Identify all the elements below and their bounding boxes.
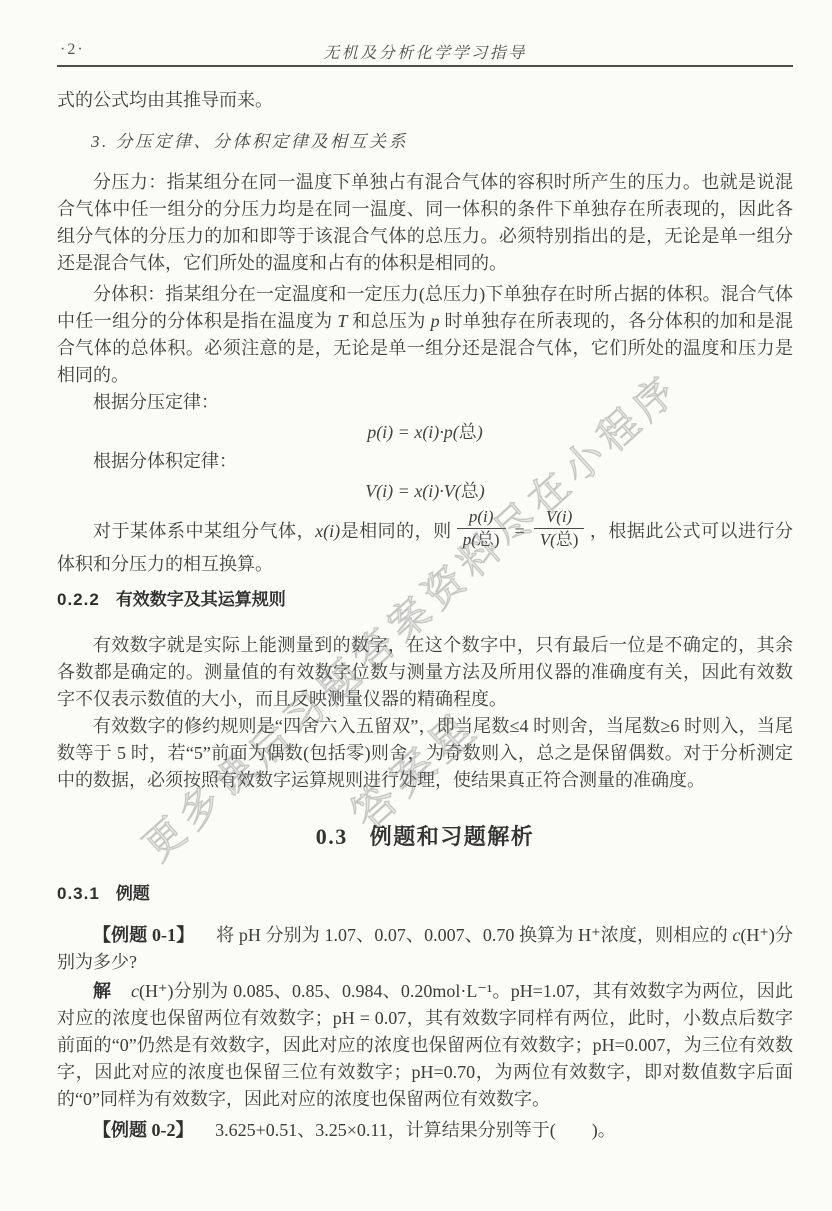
example-label: 【例题 0-2】 (93, 1120, 194, 1140)
para-ratio-conversion: 对于某体系中某组分气体，x(i)是相同的，则p(i)p(总)=V(i)V(总)，… (57, 507, 793, 578)
section-title: 例题 (116, 884, 150, 903)
document-page: ·2· 无机及分析化学学习指导 式的公式均由其推导而来。 3. 分压定律、分体积… (0, 0, 832, 1211)
page-number: ·2· (60, 41, 85, 59)
example-label: 【例题 0-1】 (93, 925, 194, 945)
section-title: 例题和习题解析 (370, 824, 535, 849)
section-0-2-2-heading: 0.2.2有效数字及其运算规则 (57, 590, 793, 610)
page-header: ·2· 无机及分析化学学习指导 (57, 40, 793, 67)
fraction-volume: V(i)V(总) (534, 507, 585, 551)
formula-partial-volume: V(i) = x(i)·V(总) (57, 478, 793, 504)
equals-sign: = (515, 521, 525, 541)
solution-label: 解 (93, 981, 111, 1001)
label-pressure-law: 根据分压定律： (57, 389, 793, 416)
fraction-pressure: p(i)p(总) (457, 507, 506, 551)
header-title: 无机及分析化学学习指导 (57, 40, 793, 63)
example-0-1: 【例题 0-1】将 pH 分别为 1.07、0.07、0.007、0.70 换算… (57, 922, 793, 976)
section-number: 0.3 (316, 824, 348, 849)
var-T: T (337, 311, 347, 331)
label-volume-law: 根据分体积定律： (57, 448, 793, 475)
formula-partial-pressure: p(i) = x(i)·p(总) (57, 419, 793, 445)
var-xi: x(i) (315, 521, 340, 541)
section-number: 0.3.1 (57, 884, 100, 903)
para-continuation: 式的公式均由其推导而来。 (57, 87, 793, 114)
var-p: p (431, 311, 440, 331)
para-significant-figures: 有效数字就是实际上能测量到的数字，在这个数字中，只有最后一位是不确定的，其余各数… (57, 632, 793, 713)
section-0-3-heading: 0.3例题和习题解析 (57, 822, 793, 852)
example-0-2: 【例题 0-2】3.625+0.51、3.25×0.11，计算结果分别等于( )… (57, 1117, 793, 1144)
solution-0-1: 解c(H⁺)分别为 0.085、0.85、0.984、0.20mol·L⁻¹。p… (57, 978, 793, 1113)
var-c: c (131, 981, 139, 1001)
section-3-heading: 3. 分压定律、分体积定律及相互关系 (57, 128, 793, 155)
para-partial-volume: 分体积：指某组分在一定温度和一定压力(总压力)下单独存在时所占据的体积。混合气体… (57, 281, 793, 389)
section-0-3-1-heading: 0.3.1例题 (57, 884, 793, 904)
section-title: 有效数字及其运算规则 (116, 590, 286, 609)
para-rounding-rules: 有效数字的修约规则是“四舍六入五留双”，即当尾数≤4 时则舍，当尾数≥6 时则入… (57, 713, 793, 794)
para-partial-pressure: 分压力：指某组分在同一温度下单独占有混合气体的容积时所产生的压力。也就是说混合气… (57, 169, 793, 277)
section-number: 0.2.2 (57, 590, 100, 609)
